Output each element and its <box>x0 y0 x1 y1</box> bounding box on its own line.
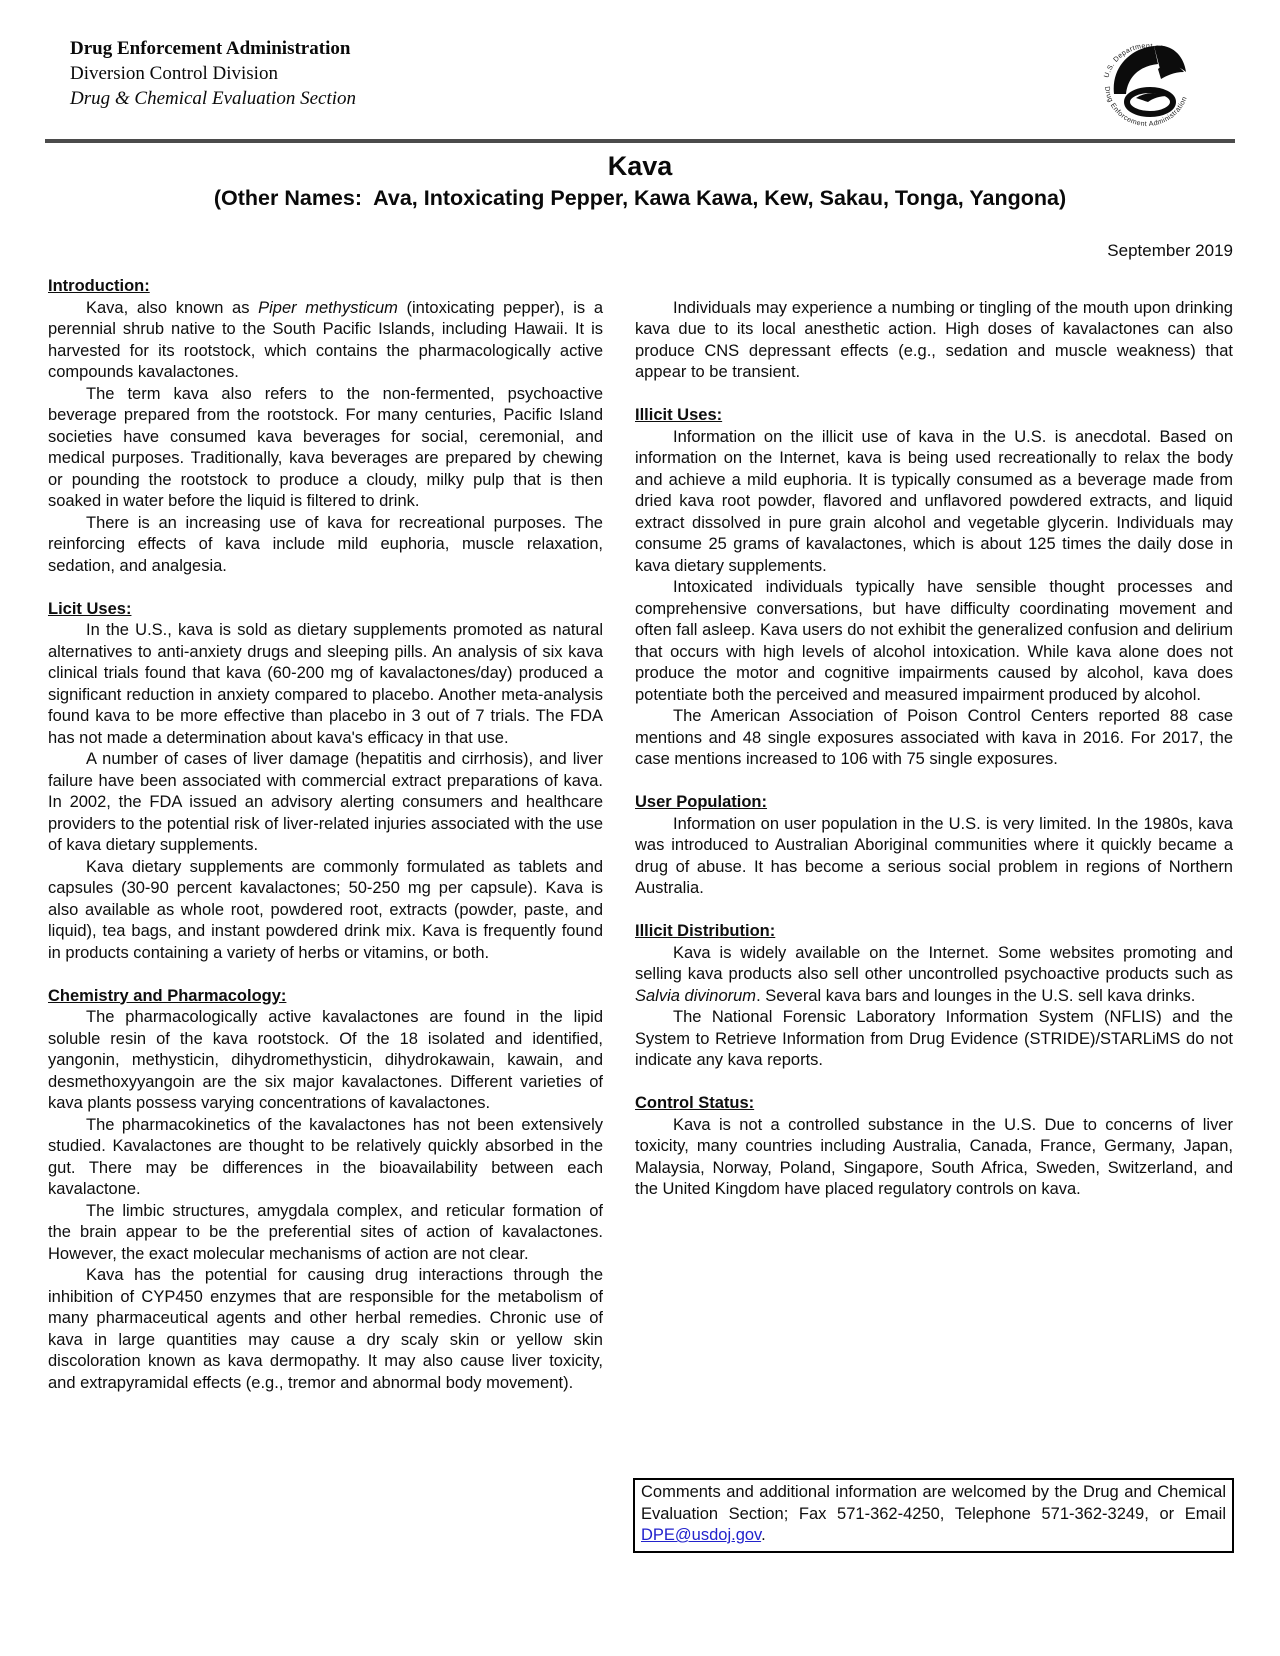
section-illicit-distribution: Illicit Distribution:Kava is widely avai… <box>635 921 1233 1072</box>
publication-date: September 2019 <box>633 241 1233 261</box>
text-run: The National Forensic Laboratory Informa… <box>635 1008 1233 1069</box>
paragraph: There is an increasing use of kava for r… <box>48 513 603 578</box>
italic-text-run: Salvia divinorum <box>635 987 756 1005</box>
dea-seal-icon: U.S. Department of Justice Drug Enforcem… <box>1094 26 1194 140</box>
section-user-population: User Population:Information on user popu… <box>635 792 1233 900</box>
section-heading: Introduction: <box>48 276 603 298</box>
email-link[interactable]: DPE@usdoj.gov <box>641 1526 761 1544</box>
paragraph: Information on user population in the U.… <box>635 814 1233 900</box>
paragraph: The pharmacologically active kavalactone… <box>48 1007 603 1115</box>
left-column: Introduction:Kava, also known as Piper m… <box>48 276 603 1394</box>
header-divider <box>45 139 1235 143</box>
text-run: Information on the illicit use of kava i… <box>635 428 1233 575</box>
agency-division: Diversion Control Division <box>70 61 356 86</box>
text-run: . Several kava bars and lounges in the U… <box>756 987 1195 1005</box>
text-run: The American Association of Poison Contr… <box>635 707 1233 768</box>
comments-text: Comments and additional information are … <box>641 1483 1226 1523</box>
section-licit-uses: Licit Uses:In the U.S., kava is sold as … <box>48 599 603 965</box>
comments-text-end: . <box>761 1526 766 1544</box>
text-run: Kava, also known as <box>86 299 258 317</box>
section-illicit-uses: Illicit Uses:Information on the illicit … <box>635 405 1233 771</box>
paragraph: Kava is not a controlled substance in th… <box>635 1115 1233 1201</box>
text-run: Kava is widely available on the Internet… <box>635 944 1233 984</box>
paragraph: In the U.S., kava is sold as dietary sup… <box>48 620 603 749</box>
paragraph: The term kava also refers to the non-fer… <box>48 384 603 513</box>
paragraph: The National Forensic Laboratory Informa… <box>635 1007 1233 1072</box>
section-introduction-continued: Individuals may experience a numbing or … <box>635 298 1233 384</box>
text-run: There is an increasing use of kava for r… <box>48 514 603 575</box>
text-run: A number of cases of liver damage (hepat… <box>48 750 603 854</box>
letterhead: Drug Enforcement Administration Diversio… <box>70 36 356 111</box>
text-run: Kava has the potential for causing drug … <box>48 1266 603 1392</box>
paragraph: The American Association of Poison Contr… <box>635 706 1233 771</box>
page-subtitle: (Other Names: Ava, Intoxicating Pepper, … <box>0 186 1280 211</box>
paragraph: Kava is widely available on the Internet… <box>635 943 1233 1008</box>
paragraph: Kava has the potential for causing drug … <box>48 1265 603 1394</box>
agency-section: Drug & Chemical Evaluation Section <box>70 86 356 111</box>
paragraph: A number of cases of liver damage (hepat… <box>48 749 603 857</box>
section-control-status: Control Status:Kava is not a controlled … <box>635 1093 1233 1201</box>
paragraph: The pharmacokinetics of the kavalactones… <box>48 1115 603 1201</box>
text-run: Individuals may experience a numbing or … <box>635 299 1233 382</box>
document-page: Drug Enforcement Administration Diversio… <box>0 0 1280 1656</box>
text-run: The pharmacologically active kavalactone… <box>48 1008 603 1112</box>
italic-text-run: Piper methysticum <box>258 299 398 317</box>
text-run: The pharmacokinetics of the kavalactones… <box>48 1116 603 1199</box>
paragraph: Intoxicated individuals typically have s… <box>635 577 1233 706</box>
paragraph: Information on the illicit use of kava i… <box>635 427 1233 578</box>
page-title: Kava <box>0 151 1280 182</box>
text-run: The limbic structures, amygdala complex,… <box>48 1202 603 1263</box>
paragraph: Kava, also known as Piper methysticum (i… <box>48 298 603 384</box>
text-run: The term kava also refers to the non-fer… <box>48 385 603 511</box>
section-heading: Licit Uses: <box>48 599 603 621</box>
paragraph: Kava dietary supplements are commonly fo… <box>48 857 603 965</box>
body-columns: Introduction:Kava, also known as Piper m… <box>48 276 1233 1394</box>
section-heading: User Population: <box>635 792 1233 814</box>
section-introduction: Introduction:Kava, also known as Piper m… <box>48 276 603 577</box>
text-run: Intoxicated individuals typically have s… <box>635 578 1233 704</box>
agency-name: Drug Enforcement Administration <box>70 36 356 61</box>
section-heading: Chemistry and Pharmacology: <box>48 986 603 1008</box>
right-column: Individuals may experience a numbing or … <box>635 276 1233 1394</box>
paragraph: The limbic structures, amygdala complex,… <box>48 1201 603 1266</box>
text-run: Information on user population in the U.… <box>635 815 1233 898</box>
section-chemistry-and-pharmacology: Chemistry and Pharmacology:The pharmacol… <box>48 986 603 1395</box>
section-heading: Control Status: <box>635 1093 1233 1115</box>
section-heading: Illicit Distribution: <box>635 921 1233 943</box>
comments-box: Comments and additional information are … <box>633 1478 1234 1553</box>
paragraph: Individuals may experience a numbing or … <box>635 298 1233 384</box>
text-run: Kava is not a controlled substance in th… <box>635 1116 1233 1199</box>
text-run: In the U.S., kava is sold as dietary sup… <box>48 621 603 747</box>
section-heading: Illicit Uses: <box>635 405 1233 427</box>
text-run: Kava dietary supplements are commonly fo… <box>48 858 603 962</box>
